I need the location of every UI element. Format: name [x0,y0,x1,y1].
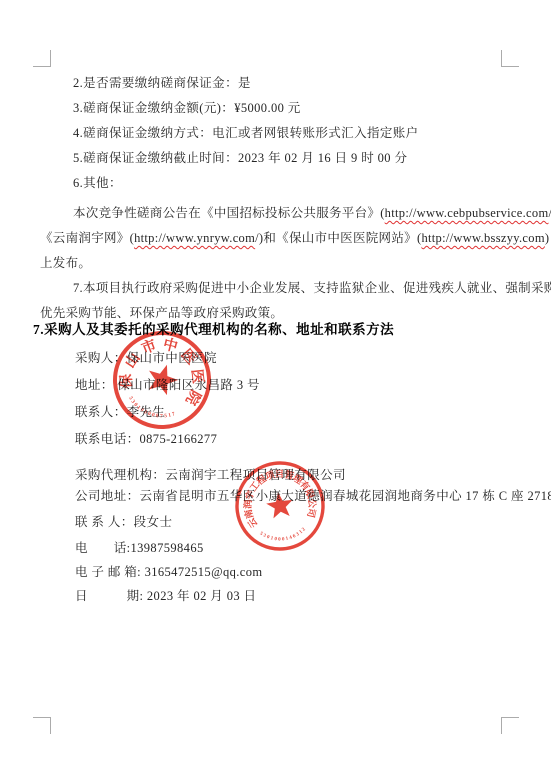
paragraph-text: ) [545,231,549,245]
url-text-spellcheck: http://www.bsszyy.com [421,231,544,245]
agency-contact-line: 联 系 人：段女士 [75,509,551,536]
text-boundary-mark-bottom-left [33,717,51,734]
section-7-heading: 7.采购人及其委托的采购代理机构的名称、地址和联系方法 [33,318,394,338]
announcement-line: 上发布。 [40,251,551,276]
url-text-spellcheck: http://www.cebpubservice.com [385,206,549,220]
announcement-line: 本次竞争性磋商公告在《中国招标投标公共服务平台》(http://www.cebp… [40,201,551,226]
purchaser-contact-line: 地址： 保山市隆阳区永昌路 3 号 [75,372,260,399]
announcement-paragraphs: 本次竞争性磋商公告在《中国招标投标公共服务平台》(http://www.cebp… [40,201,551,326]
paragraph-text: /)和《保山市中医医院网站》( [255,231,421,245]
text-boundary-mark-top-left [33,50,51,67]
purchaser-contact-line: 联系人：李先生 [75,399,260,426]
agency-contact-line: 采购代理机构：云南润宇工程项目管理有限公司 [75,466,551,484]
announcement-line: 《云南润宇网》(http://www.ynryw.com/)和《保山市中医医院网… [40,226,551,251]
agency-contact-line: 日 期: 2023 年 02 月 03 日 [75,584,551,608]
announcement-line: 7.本项目执行政府采购促进中小企业发展、支持监狱企业、促进残疾人就业、强制采购和 [40,276,551,301]
agency-contact-line: 公司地址：云南省昆明市五华区小康大道德润春城花园润地商务中心 17 栋 C 座 … [75,484,551,509]
deposit-info-list: 2.是否需要缴纳磋商保证金：是3.磋商保证金缴纳金额(元)：¥5000.00 元… [73,71,419,196]
numbered-list-line: 2.是否需要缴纳磋商保证金：是 [73,71,419,96]
paragraph-text: 本次竞争性磋商公告在《中国招标投标公共服务平台》( [73,206,385,220]
purchaser-contact-line: 采购人：保山市中医医院 [75,345,260,372]
agency-contact-block: 采购代理机构：云南润宇工程项目管理有限公司公司地址：云南省昆明市五华区小康大道德… [75,466,551,608]
numbered-list-line: 5.磋商保证金缴纳截止时间：2023 年 02 月 16 日 9 时 00 分 [73,146,419,171]
paragraph-text: 上发布。 [40,256,91,270]
purchaser-contact-line: 联系电话：0875-2166277 [75,426,260,453]
purchaser-contact-block: 采购人：保山市中医医院地址： 保山市隆阳区永昌路 3 号联系人：李先生联系电话：… [75,345,260,453]
agency-contact-line: 电 子 邮 箱: 3165472515@qq.com [75,561,551,584]
url-text-spellcheck: http://www.ynryw.com [134,231,255,245]
agency-contact-line: 电 话:13987598465 [75,536,551,561]
numbered-list-line: 6.其他： [73,171,419,196]
document-page: 2.是否需要缴纳磋商保证金：是3.磋商保证金缴纳金额(元)：¥5000.00 元… [0,0,551,782]
paragraph-text: 《云南润宇网》( [40,231,134,245]
text-boundary-mark-top-right [501,50,519,67]
numbered-list-line: 4.磋商保证金缴纳方式：电汇或者网银转账形式汇入指定账户 [73,121,419,146]
numbered-list-line: 3.磋商保证金缴纳金额(元)：¥5000.00 元 [73,96,419,121]
paragraph-text: 7.本项目执行政府采购促进中小企业发展、支持监狱企业、促进残疾人就业、强制采购和 [73,281,551,295]
text-boundary-mark-bottom-right [501,717,519,734]
